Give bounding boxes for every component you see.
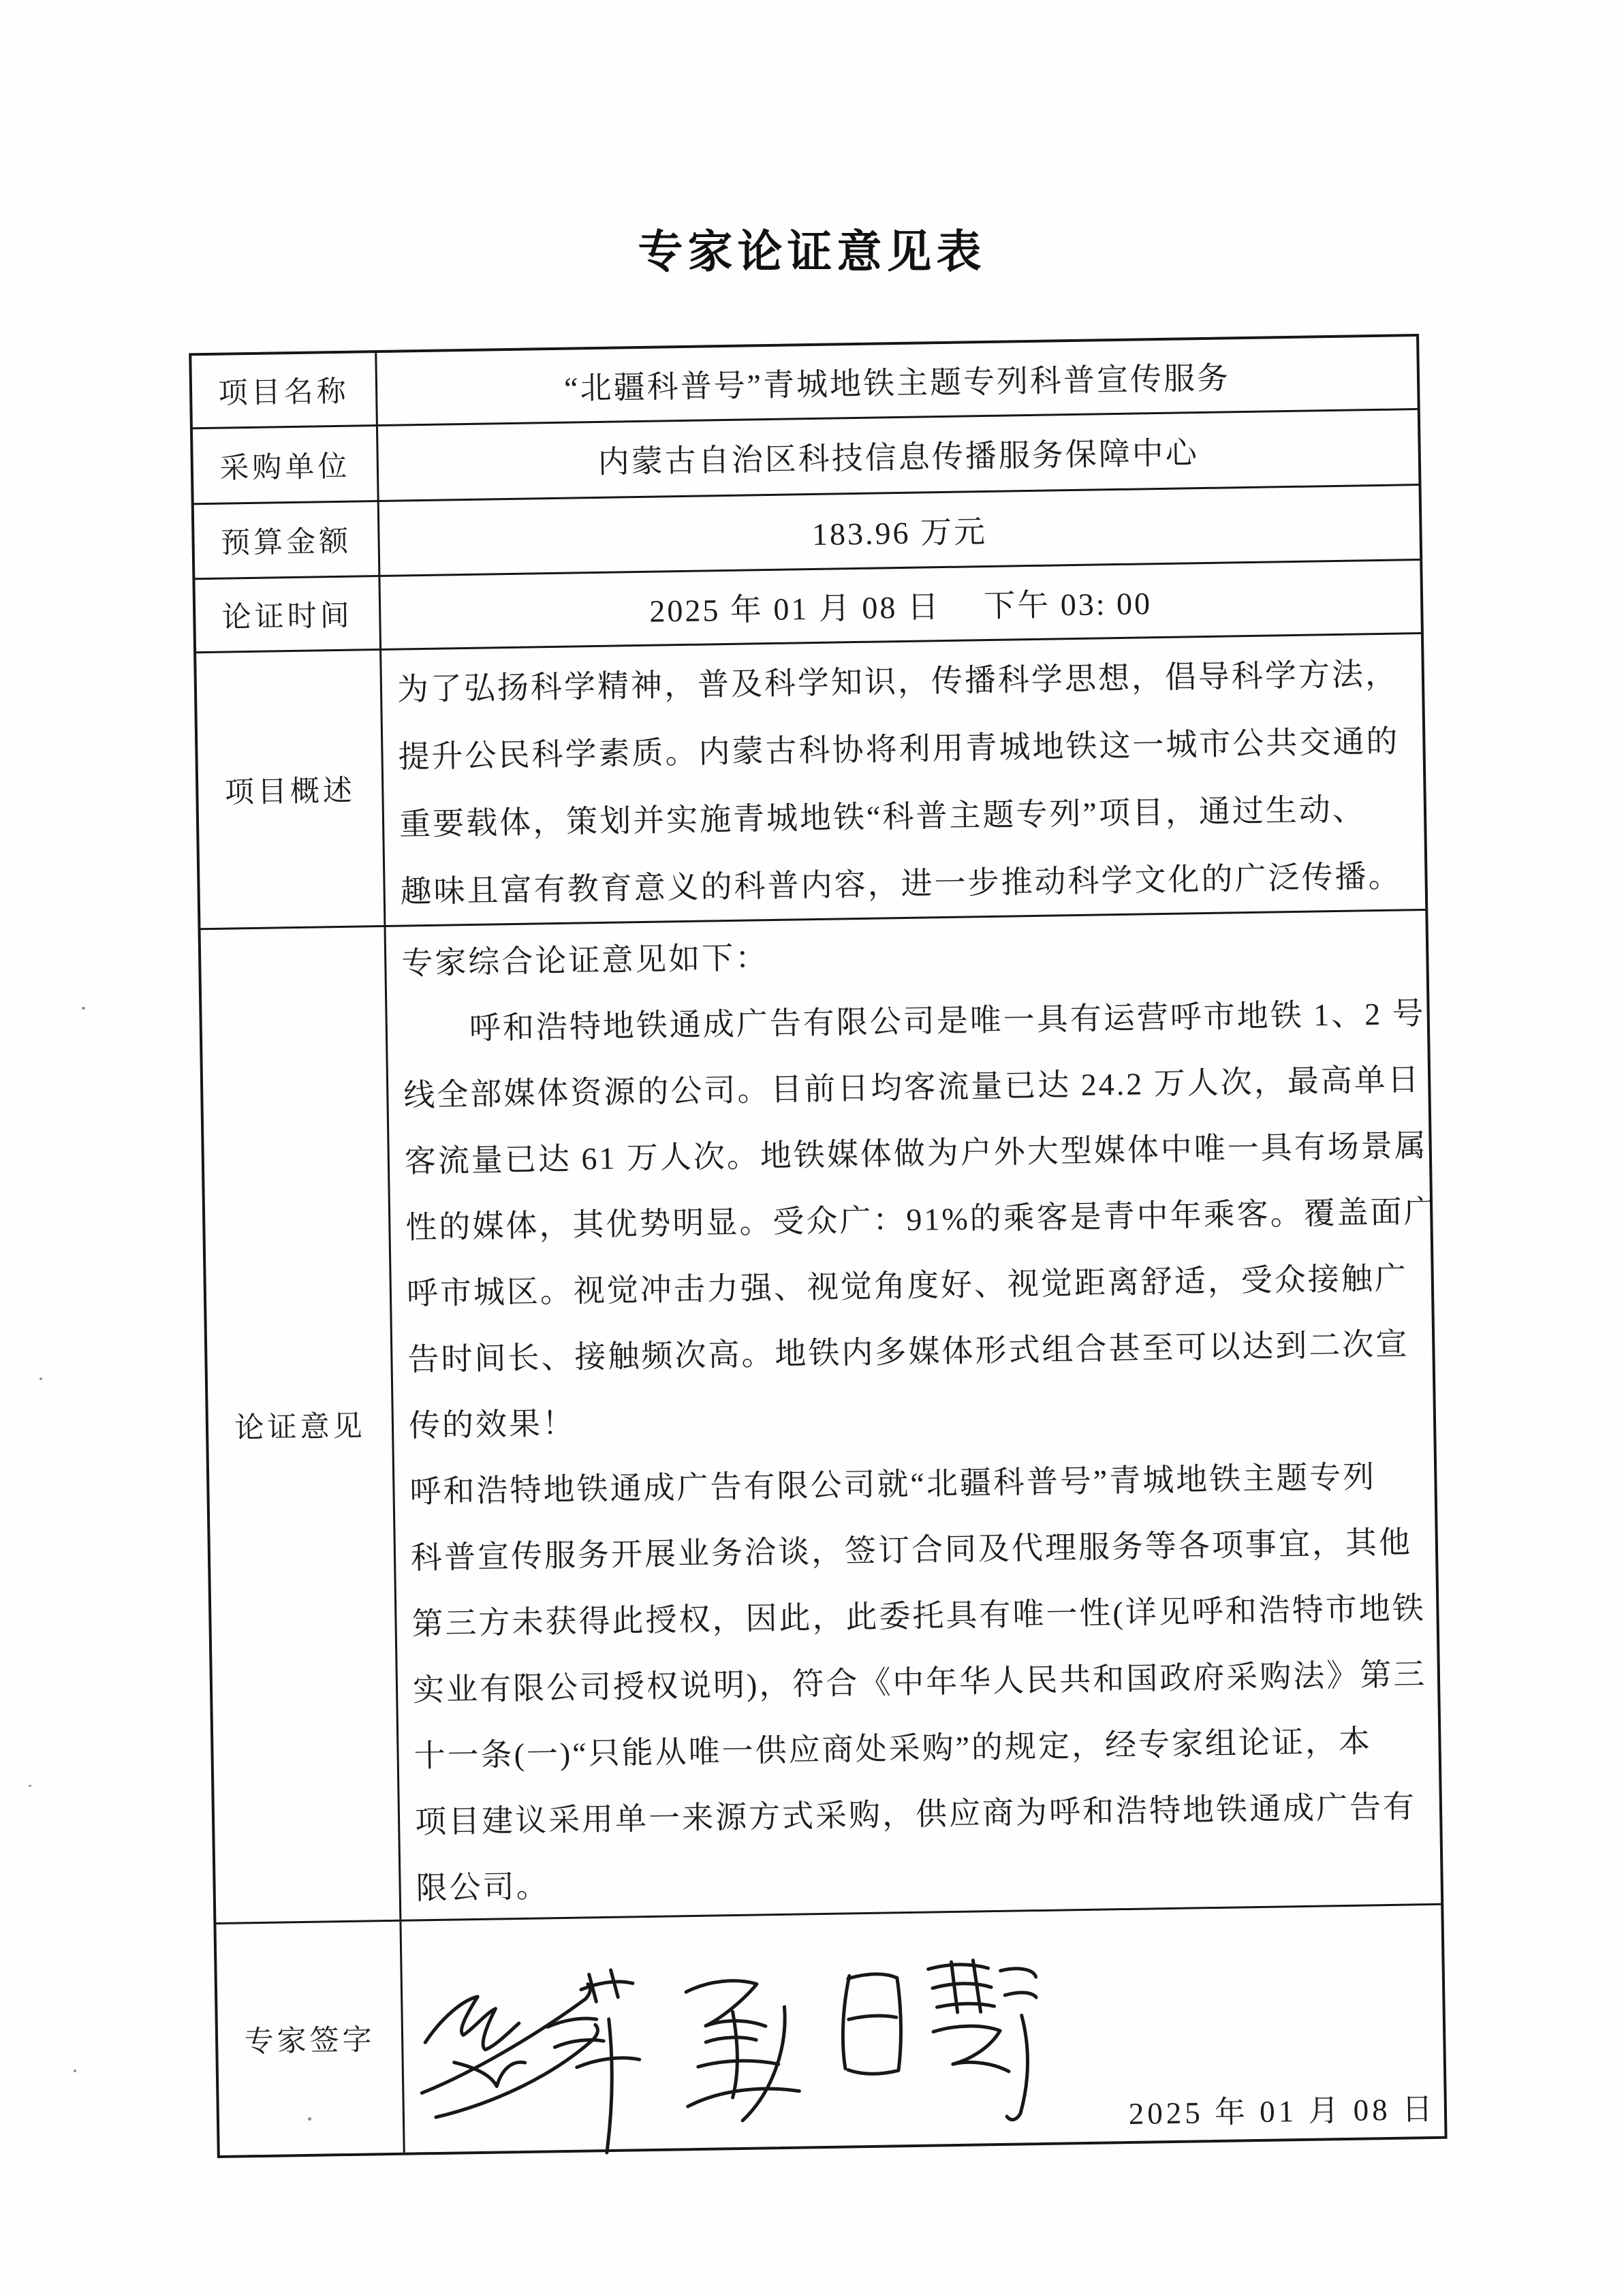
scan-speck	[29, 1785, 31, 1787]
signature-zhang-liping	[413, 1956, 661, 2164]
row-label-expert-signature: 专家签字	[216, 1922, 405, 2155]
scan-speck	[82, 1007, 85, 1010]
scan-speck	[40, 1377, 42, 1380]
form-table: 项目名称 “北疆科普号”青城地铁主题专列科普宣传服务 采购单位 内蒙古自治区科技…	[189, 334, 1447, 2158]
row-label-demonstration-opinion: 论证意见	[201, 927, 402, 1922]
document-title: 专家论证意见表	[0, 215, 1624, 280]
signature-bai-huihui	[826, 1947, 1040, 2127]
signature-date: 2025 年 01 月 08 日	[1128, 2084, 1436, 2133]
signature-area: 2025 年 01 月 08 日	[401, 1905, 1444, 2153]
signature-luo-jian	[667, 1968, 833, 2141]
row-label-project-overview: 项目概述	[196, 651, 386, 928]
row-label-project-name: 项目名称	[191, 353, 378, 427]
table-row-expert-signature: 专家签字	[216, 1903, 1444, 2155]
demonstration-opinion-text: 专家综合论证意见如下： 呼和浩特地铁通成广告有限公司是唯一具有运营呼市地铁 1、…	[386, 911, 1441, 1920]
row-label-purchasing-unit: 采购单位	[193, 426, 379, 503]
scan-speck	[308, 2117, 311, 2121]
scanned-document-page: 专家论证意见表 项目名称 “北疆科普号”青城地铁主题专列科普宣传服务 采购单位 …	[0, 0, 1624, 2293]
scan-speck	[74, 2070, 76, 2072]
table-row-project-overview: 项目概述 为了弘扬科学精神，普及科学知识，传播科学思想，倡导科学方法， 提升公民…	[196, 632, 1425, 928]
row-label-demonstration-time: 论证时间	[195, 577, 381, 651]
row-label-budget-amount: 预算金额	[194, 502, 381, 578]
table-row-demonstration-opinion: 论证意见 专家综合论证意见如下： 呼和浩特地铁通成广告有限公司是唯一具有运营呼市…	[200, 909, 1441, 1922]
scan-speck	[582, 689, 585, 692]
project-overview-text: 为了弘扬科学精神，普及科学知识，传播科学思想，倡导科学方法， 提升公民科学素质。…	[381, 634, 1425, 925]
